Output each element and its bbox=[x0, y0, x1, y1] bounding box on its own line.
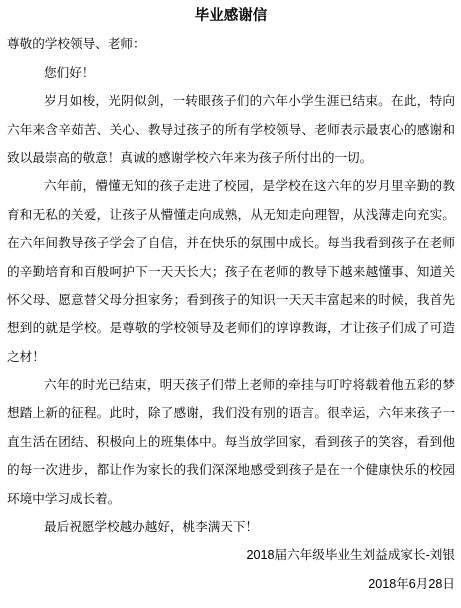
paragraph-line: 六年的时光已结束，明天孩子们带上老师的牵挂与叮咛将载着他五彩的梦 bbox=[7, 371, 455, 399]
paragraph-line: 直生活在团结、积极向上的班集体中。每当放学回家，看到孩子的笑容，看到他 bbox=[7, 428, 455, 456]
letter-title: 毕业感谢信 bbox=[7, 2, 455, 30]
paragraph-line: 育和无私的关爱，让孩子从懵懂走向成熟，从无知走向理智，从浅薄走向充实。 bbox=[7, 201, 455, 229]
paragraph-line: 环境中学习成长着。 bbox=[7, 485, 455, 513]
letter-paragraph-1: 岁月如梭，光阴似剑，一转眼孩子们的六年小学生涯已结束。在此，特向 六年来含辛茹苦… bbox=[7, 87, 455, 172]
paragraph-line: 的每一次进步，都让作为家长的我们深深地感受到孩子是在一个健康快乐的校园 bbox=[7, 456, 455, 484]
paragraph-line: 致以最崇高的敬意！真诚的感谢学校六年来为孩子所付出的一切。 bbox=[7, 144, 455, 172]
letter-page: 毕业感谢信 尊敬的学校领导、老师： 您们好！ 岁月如梭，光阴似剑，一转眼孩子们的… bbox=[0, 0, 461, 608]
paragraph-line: 怀父母、愿意替父母分担家务；看到孩子的知识一天天丰富起来的时候，我首先 bbox=[7, 286, 455, 314]
paragraph-line: 六年来含辛茹苦、关心、教导过孩子的所有学校领导、老师表示最衷心的感谢和 bbox=[7, 116, 455, 144]
letter-paragraph-3: 六年的时光已结束，明天孩子们带上老师的牵挂与叮咛将载着他五彩的梦 想踏上新的征程… bbox=[7, 371, 455, 513]
letter-paragraph-2: 六年前，懵懂无知的孩子走进了校园，是学校在这六年的岁月里辛勤的教 育和无私的关爱… bbox=[7, 172, 455, 371]
letter-date: 2018年6月28日 bbox=[7, 570, 455, 598]
letter-greeting: 您们好！ bbox=[7, 59, 455, 87]
paragraph-line: 的辛勤培育和百般呵护下一天天长大；孩子在老师的教导下越来越懂事、知道关 bbox=[7, 258, 455, 286]
paragraph-line: 想踏上新的征程。此时，除了感谢，我们没有别的语言。很幸运，六年来孩子一 bbox=[7, 399, 455, 427]
letter-signature: 2018届六年级毕业生刘益成家长-刘银 bbox=[7, 541, 455, 569]
paragraph-line: 想到的就是学校。是尊敬的学校领导及老师们的谆谆教诲，才让孩子们成了可造 bbox=[7, 314, 455, 342]
paragraph-line: 在六年间教导孩子学会了自信，并在快乐的氛围中成长。每当我看到孩子在老师 bbox=[7, 229, 455, 257]
paragraph-line: 之材！ bbox=[7, 343, 455, 371]
letter-closing: 最后祝愿学校越办越好，桃李满天下！ bbox=[7, 513, 455, 541]
paragraph-line: 六年前，懵懂无知的孩子走进了校园，是学校在这六年的岁月里辛勤的教 bbox=[7, 172, 455, 200]
letter-salutation: 尊敬的学校领导、老师： bbox=[7, 30, 455, 58]
paragraph-line: 岁月如梭，光阴似剑，一转眼孩子们的六年小学生涯已结束。在此，特向 bbox=[7, 87, 455, 115]
